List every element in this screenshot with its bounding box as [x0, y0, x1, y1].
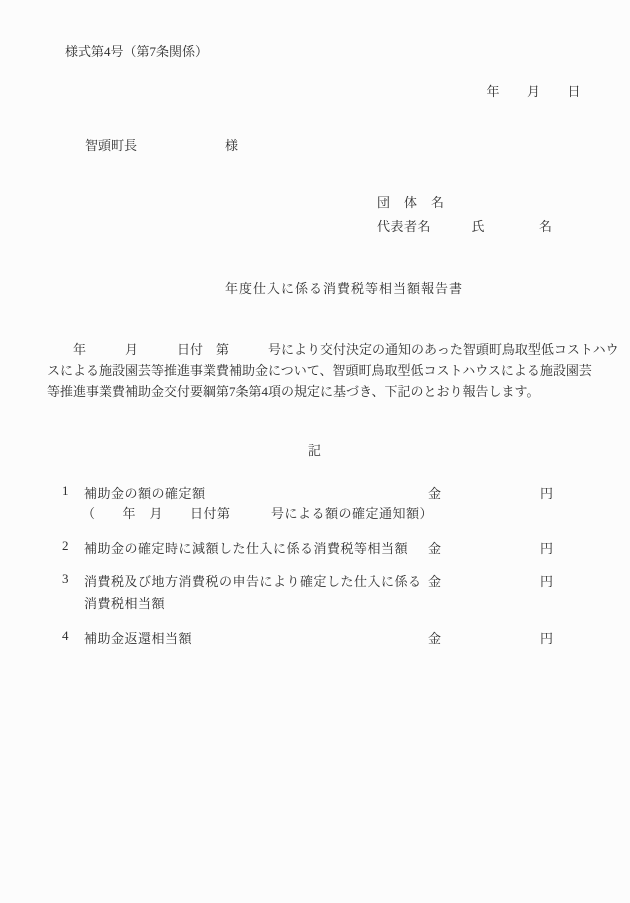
item-3-currency-prefix: 金: [428, 571, 441, 590]
item-3-unit-yen: 円: [540, 571, 553, 590]
item-1-number: 1: [62, 483, 69, 499]
addressee-honorific: 様: [225, 135, 238, 154]
item-2-currency-prefix: 金: [428, 538, 441, 557]
item-row-1: 1 補助金の額の確定額 金 円: [0, 483, 630, 501]
signature-block: 団 体 名 代表者名 氏 名: [377, 191, 553, 239]
body-line-3: 等推進事業費補助金交付要綱第7条第4項の規定に基づき、下記のとおり報告します。: [47, 381, 619, 402]
addressee-line: 智頭町長 様: [85, 135, 385, 154]
document-page: 様式第4号（第7条関係） 年 月 日 智頭町長 様 団 体 名 代表者名 氏 名…: [0, 0, 630, 903]
item-4-number: 4: [62, 628, 69, 644]
item-3-number: 3: [62, 571, 69, 587]
item-row-3: 3 消費税及び地方消費税の申告により確定した仕入に係る 金 円: [0, 571, 630, 589]
organization-name-label: 団 体 名: [377, 191, 553, 215]
item-4-unit-yen: 円: [540, 628, 553, 647]
item-1-currency-prefix: 金: [428, 483, 441, 502]
item-2-unit-yen: 円: [540, 538, 553, 557]
item-1-subnote: （ 年 月 日付第 号による額の確定通知額）: [82, 503, 433, 522]
body-paragraph: 年 月 日付 第 号により交付決定の通知のあった智頭町鳥取型低コストハウ スによ…: [47, 339, 619, 402]
item-row-2: 2 補助金の確定時に減額した仕入に係る消費税等相当額 金 円: [0, 538, 630, 556]
form-number: 様式第4号（第7条関係）: [65, 41, 208, 60]
document-title: 年度仕入に係る消費税等相当額報告書: [0, 278, 630, 297]
item-3-label: 消費税及び地方消費税の申告により確定した仕入に係る: [84, 571, 422, 590]
representative-name-label: 代表者名 氏 名: [377, 215, 553, 239]
item-row-4: 4 補助金返還相当額 金 円: [0, 628, 630, 646]
item-2-label: 補助金の確定時に減額した仕入に係る消費税等相当額: [84, 538, 408, 557]
item-4-label: 補助金返還相当額: [84, 628, 192, 647]
addressee-name: 智頭町長: [85, 138, 137, 153]
item-4-currency-prefix: 金: [428, 628, 441, 647]
date-line: 年 月 日: [486, 81, 581, 100]
body-line-1: 年 月 日付 第 号により交付決定の通知のあった智頭町鳥取型低コストハウ: [47, 339, 619, 360]
item-3-label-line2: 消費税相当額: [84, 593, 165, 612]
body-line-2: スによる施設園芸等推進事業費補助金について、智頭町鳥取型低コストハウスによる施設…: [47, 360, 619, 381]
item-1-label: 補助金の額の確定額: [84, 483, 206, 502]
item-2-number: 2: [62, 538, 69, 554]
section-mark-ki: 記: [0, 440, 630, 459]
item-1-unit-yen: 円: [540, 483, 553, 502]
